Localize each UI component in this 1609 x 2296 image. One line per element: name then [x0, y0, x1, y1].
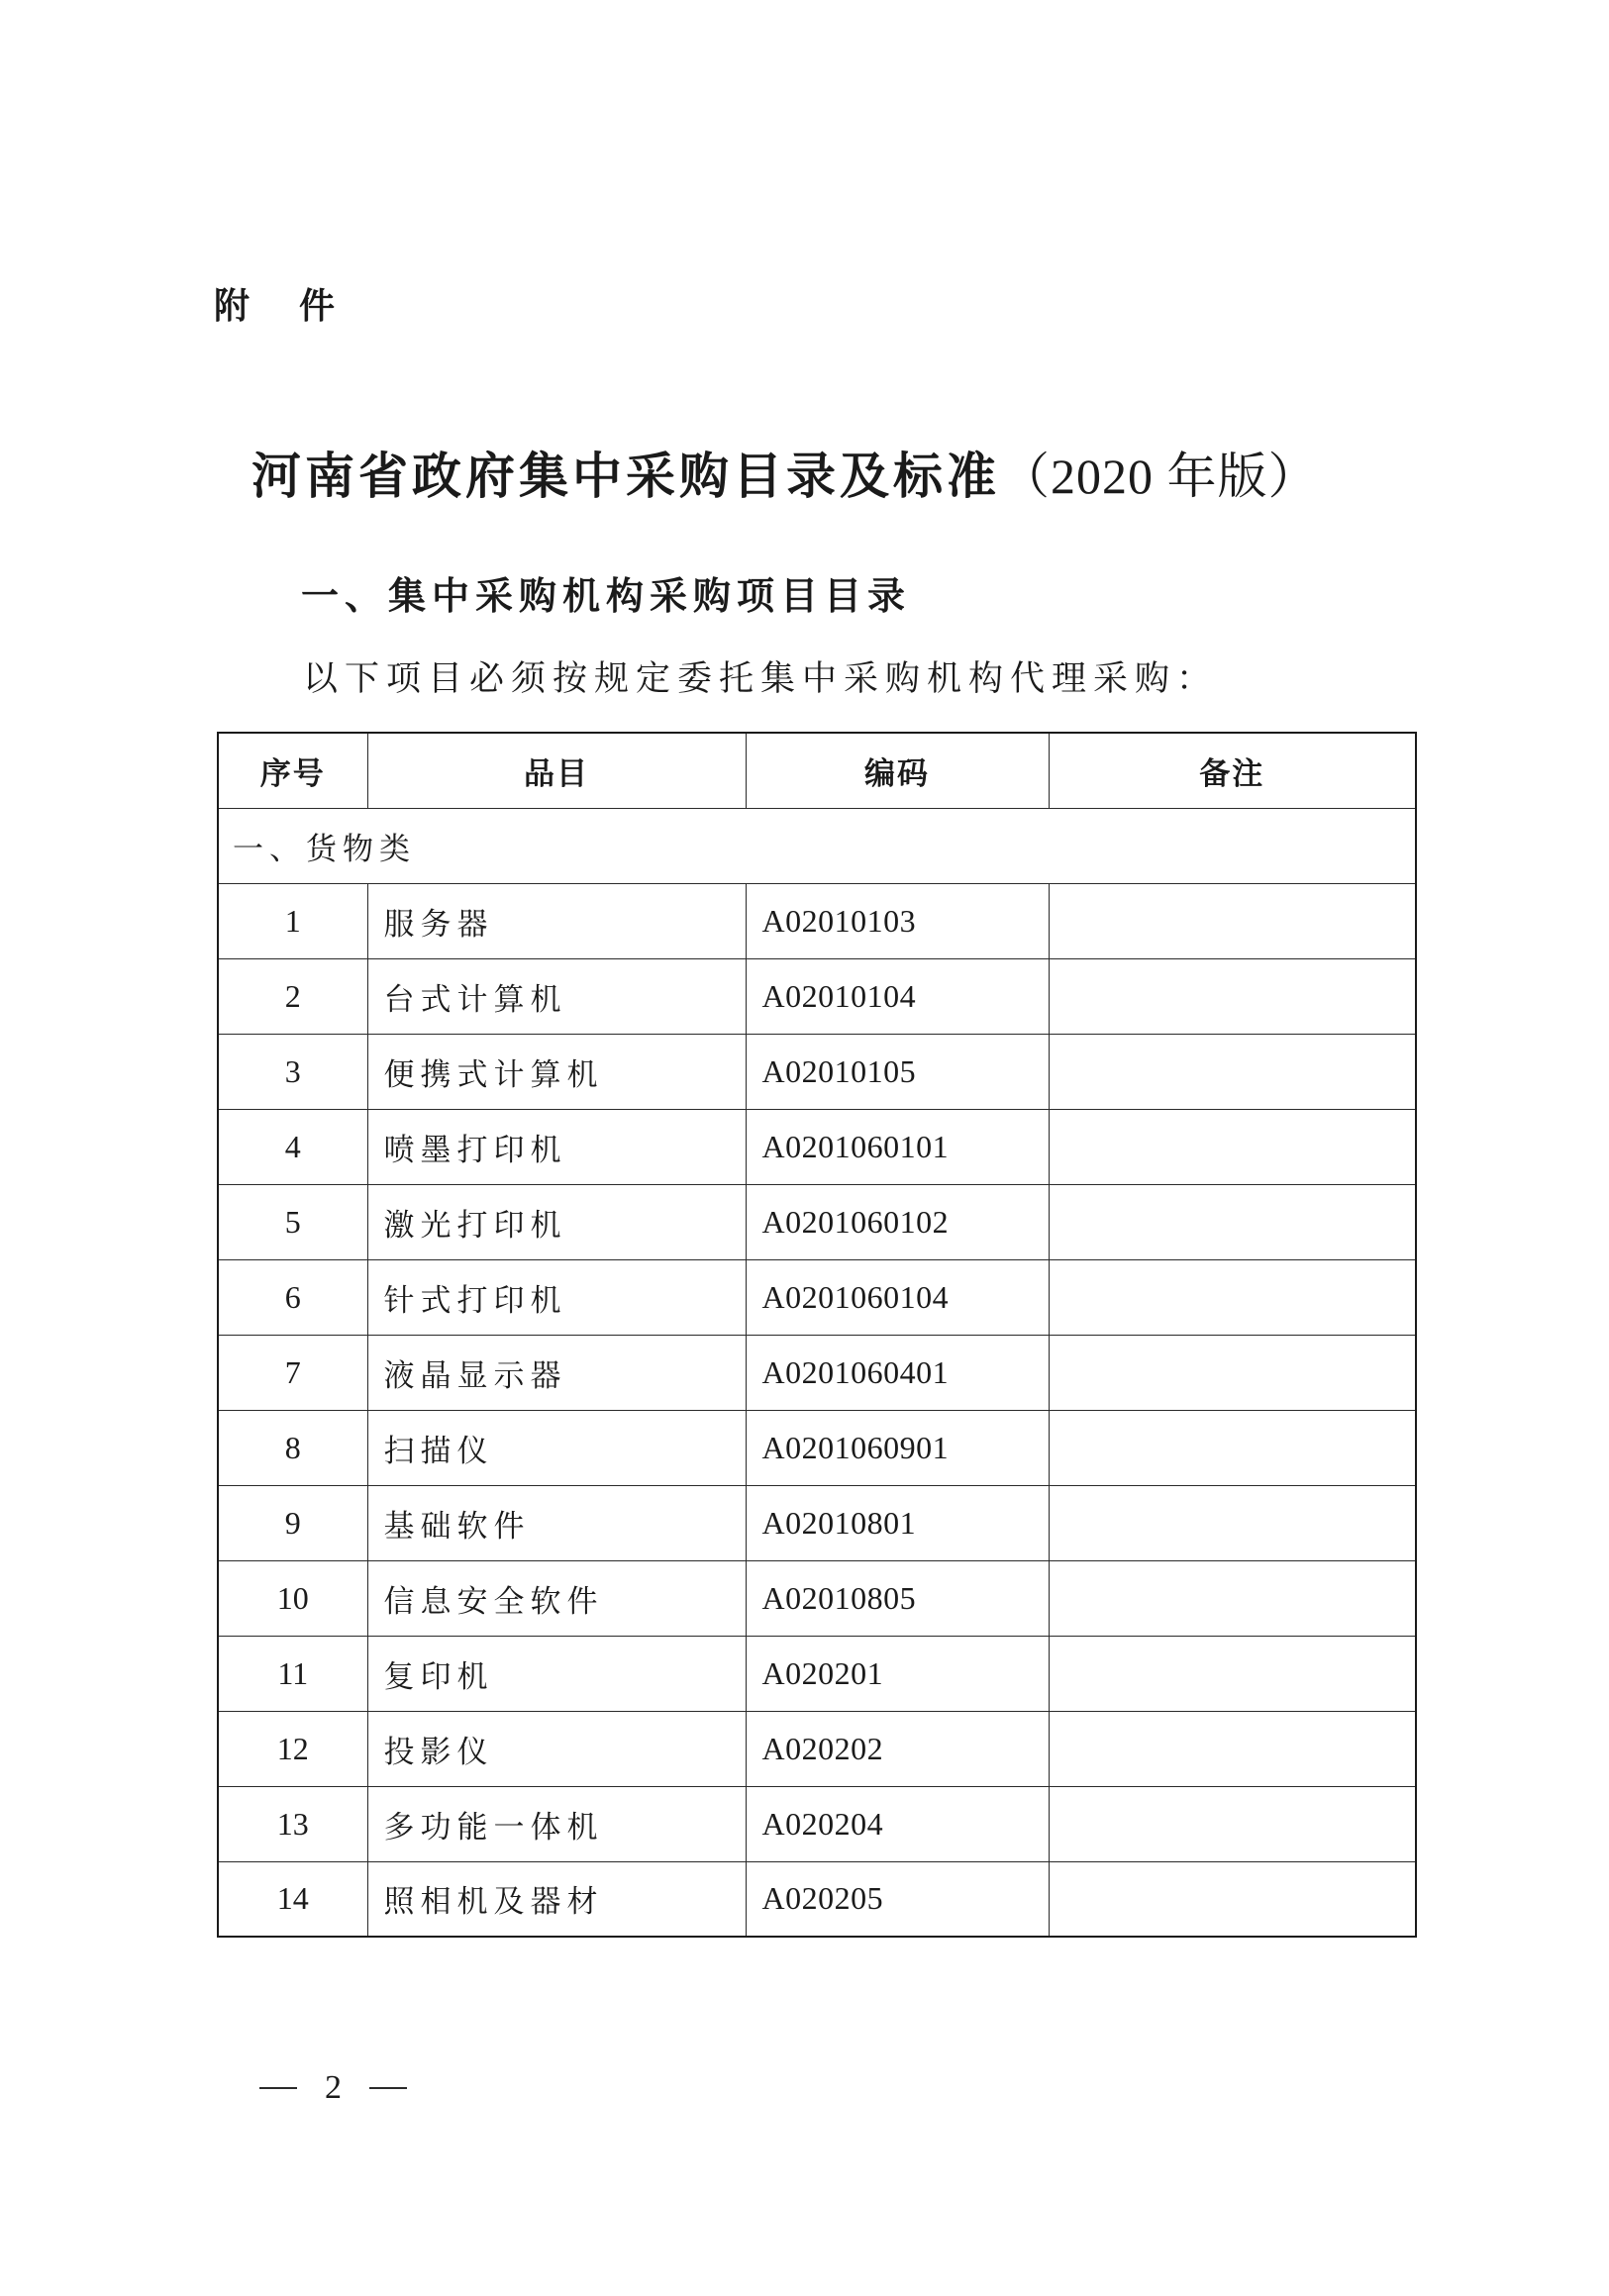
header-item: 品目: [367, 733, 746, 808]
item-code-cell: A0201060104: [746, 1259, 1049, 1335]
item-name-cell: 照相机及器材: [367, 1861, 746, 1937]
section-heading: 一、集中采购机构采购项目目录: [301, 572, 911, 620]
table-row: 14照相机及器材A020205: [218, 1861, 1416, 1937]
page-number-value: 2: [325, 2067, 342, 2109]
item-code-cell: A0201060102: [746, 1184, 1049, 1259]
table-row: 12投影仪A020202: [218, 1711, 1416, 1786]
page-dash-right: [369, 2087, 407, 2089]
remarks-cell: [1049, 1861, 1416, 1937]
attachment-label-char: 附: [214, 286, 250, 327]
table-row: 11复印机A020201: [218, 1636, 1416, 1711]
serial-number-cell: 5: [218, 1184, 367, 1259]
remarks-cell: [1049, 1335, 1416, 1410]
document-title-main: 河南省政府集中采购目录及标准: [251, 448, 1000, 505]
remarks-cell: [1049, 1034, 1416, 1109]
header-remarks: 备注: [1049, 733, 1416, 808]
item-name-cell: 台式计算机: [367, 958, 746, 1034]
remarks-cell: [1049, 1485, 1416, 1560]
item-code-cell: A020204: [746, 1786, 1049, 1861]
table-row: 6针式打印机A0201060104: [218, 1259, 1416, 1335]
serial-number-cell: 9: [218, 1485, 367, 1560]
item-code-cell: A02010103: [746, 883, 1049, 958]
item-code-cell: A02010805: [746, 1560, 1049, 1636]
intro-paragraph: 以下项目必须按规定委托集中采购机构代理采购：: [303, 655, 1218, 703]
remarks-cell: [1049, 1109, 1416, 1184]
remarks-cell: [1049, 1711, 1416, 1786]
document-title: 河南省政府集中采购目录及标准（2020 年版）: [251, 444, 1380, 509]
serial-number-cell: 2: [218, 958, 367, 1034]
item-code-cell: A020201: [746, 1636, 1049, 1711]
serial-number-cell: 6: [218, 1259, 367, 1335]
serial-number-cell: 8: [218, 1410, 367, 1485]
table-row: 8扫描仪A0201060901: [218, 1410, 1416, 1485]
item-name-cell: 基础软件: [367, 1485, 746, 1560]
serial-number-cell: 7: [218, 1335, 367, 1410]
header-serial-number: 序号: [218, 733, 367, 808]
item-name-cell: 液晶显示器: [367, 1335, 746, 1410]
serial-number-cell: 4: [218, 1109, 367, 1184]
item-code-cell: A02010801: [746, 1485, 1049, 1560]
item-name-cell: 服务器: [367, 883, 746, 958]
item-code-cell: A0201060401: [746, 1335, 1049, 1410]
remarks-cell: [1049, 1259, 1416, 1335]
serial-number-cell: 10: [218, 1560, 367, 1636]
header-code: 编码: [746, 733, 1049, 808]
page-number: 2: [259, 2067, 407, 2109]
remarks-cell: [1049, 1560, 1416, 1636]
remarks-cell: [1049, 1786, 1416, 1861]
category-row: 一、货物类: [218, 808, 1416, 883]
serial-number-cell: 13: [218, 1786, 367, 1861]
item-name-cell: 针式打印机: [367, 1259, 746, 1335]
serial-number-cell: 3: [218, 1034, 367, 1109]
item-name-cell: 便携式计算机: [367, 1034, 746, 1109]
item-name-cell: 喷墨打印机: [367, 1109, 746, 1184]
item-name-cell: 激光打印机: [367, 1184, 746, 1259]
table-row: 9基础软件A02010801: [218, 1485, 1416, 1560]
item-name-cell: 信息安全软件: [367, 1560, 746, 1636]
serial-number-cell: 12: [218, 1711, 367, 1786]
procurement-catalog-table: 序号 品目 编码 备注 一、货物类 1服务器A020101032台式计算机A02…: [217, 732, 1417, 1938]
table-row: 13多功能一体机A020204: [218, 1786, 1416, 1861]
serial-number-cell: 11: [218, 1636, 367, 1711]
serial-number-cell: 14: [218, 1861, 367, 1937]
item-code-cell: A020205: [746, 1861, 1049, 1937]
serial-number-cell: 1: [218, 883, 367, 958]
remarks-cell: [1049, 958, 1416, 1034]
table-row: 7液晶显示器A0201060401: [218, 1335, 1416, 1410]
category-label: 一、货物类: [218, 808, 1416, 883]
remarks-cell: [1049, 1636, 1416, 1711]
item-code-cell: A020202: [746, 1711, 1049, 1786]
remarks-cell: [1049, 1184, 1416, 1259]
table-row: 5激光打印机A0201060102: [218, 1184, 1416, 1259]
table-row: 2台式计算机A02010104: [218, 958, 1416, 1034]
item-name-cell: 多功能一体机: [367, 1786, 746, 1861]
table-row: 10信息安全软件A02010805: [218, 1560, 1416, 1636]
page-dash-left: [259, 2087, 297, 2089]
table-row: 4喷墨打印机A0201060101: [218, 1109, 1416, 1184]
remarks-cell: [1049, 883, 1416, 958]
item-code-cell: A02010104: [746, 958, 1049, 1034]
item-code-cell: A02010105: [746, 1034, 1049, 1109]
remarks-cell: [1049, 1410, 1416, 1485]
item-name-cell: 扫描仪: [367, 1410, 746, 1485]
item-name-cell: 投影仪: [367, 1711, 746, 1786]
attachment-label-char: 件: [299, 286, 335, 327]
item-name-cell: 复印机: [367, 1636, 746, 1711]
table-row: 1服务器A02010103: [218, 883, 1416, 958]
document-title-year: （2020 年版）: [1000, 449, 1319, 504]
attachment-label: 附件: [214, 285, 335, 329]
table-header-row: 序号 品目 编码 备注: [218, 733, 1416, 808]
item-code-cell: A0201060101: [746, 1109, 1049, 1184]
item-code-cell: A0201060901: [746, 1410, 1049, 1485]
table-row: 3便携式计算机A02010105: [218, 1034, 1416, 1109]
